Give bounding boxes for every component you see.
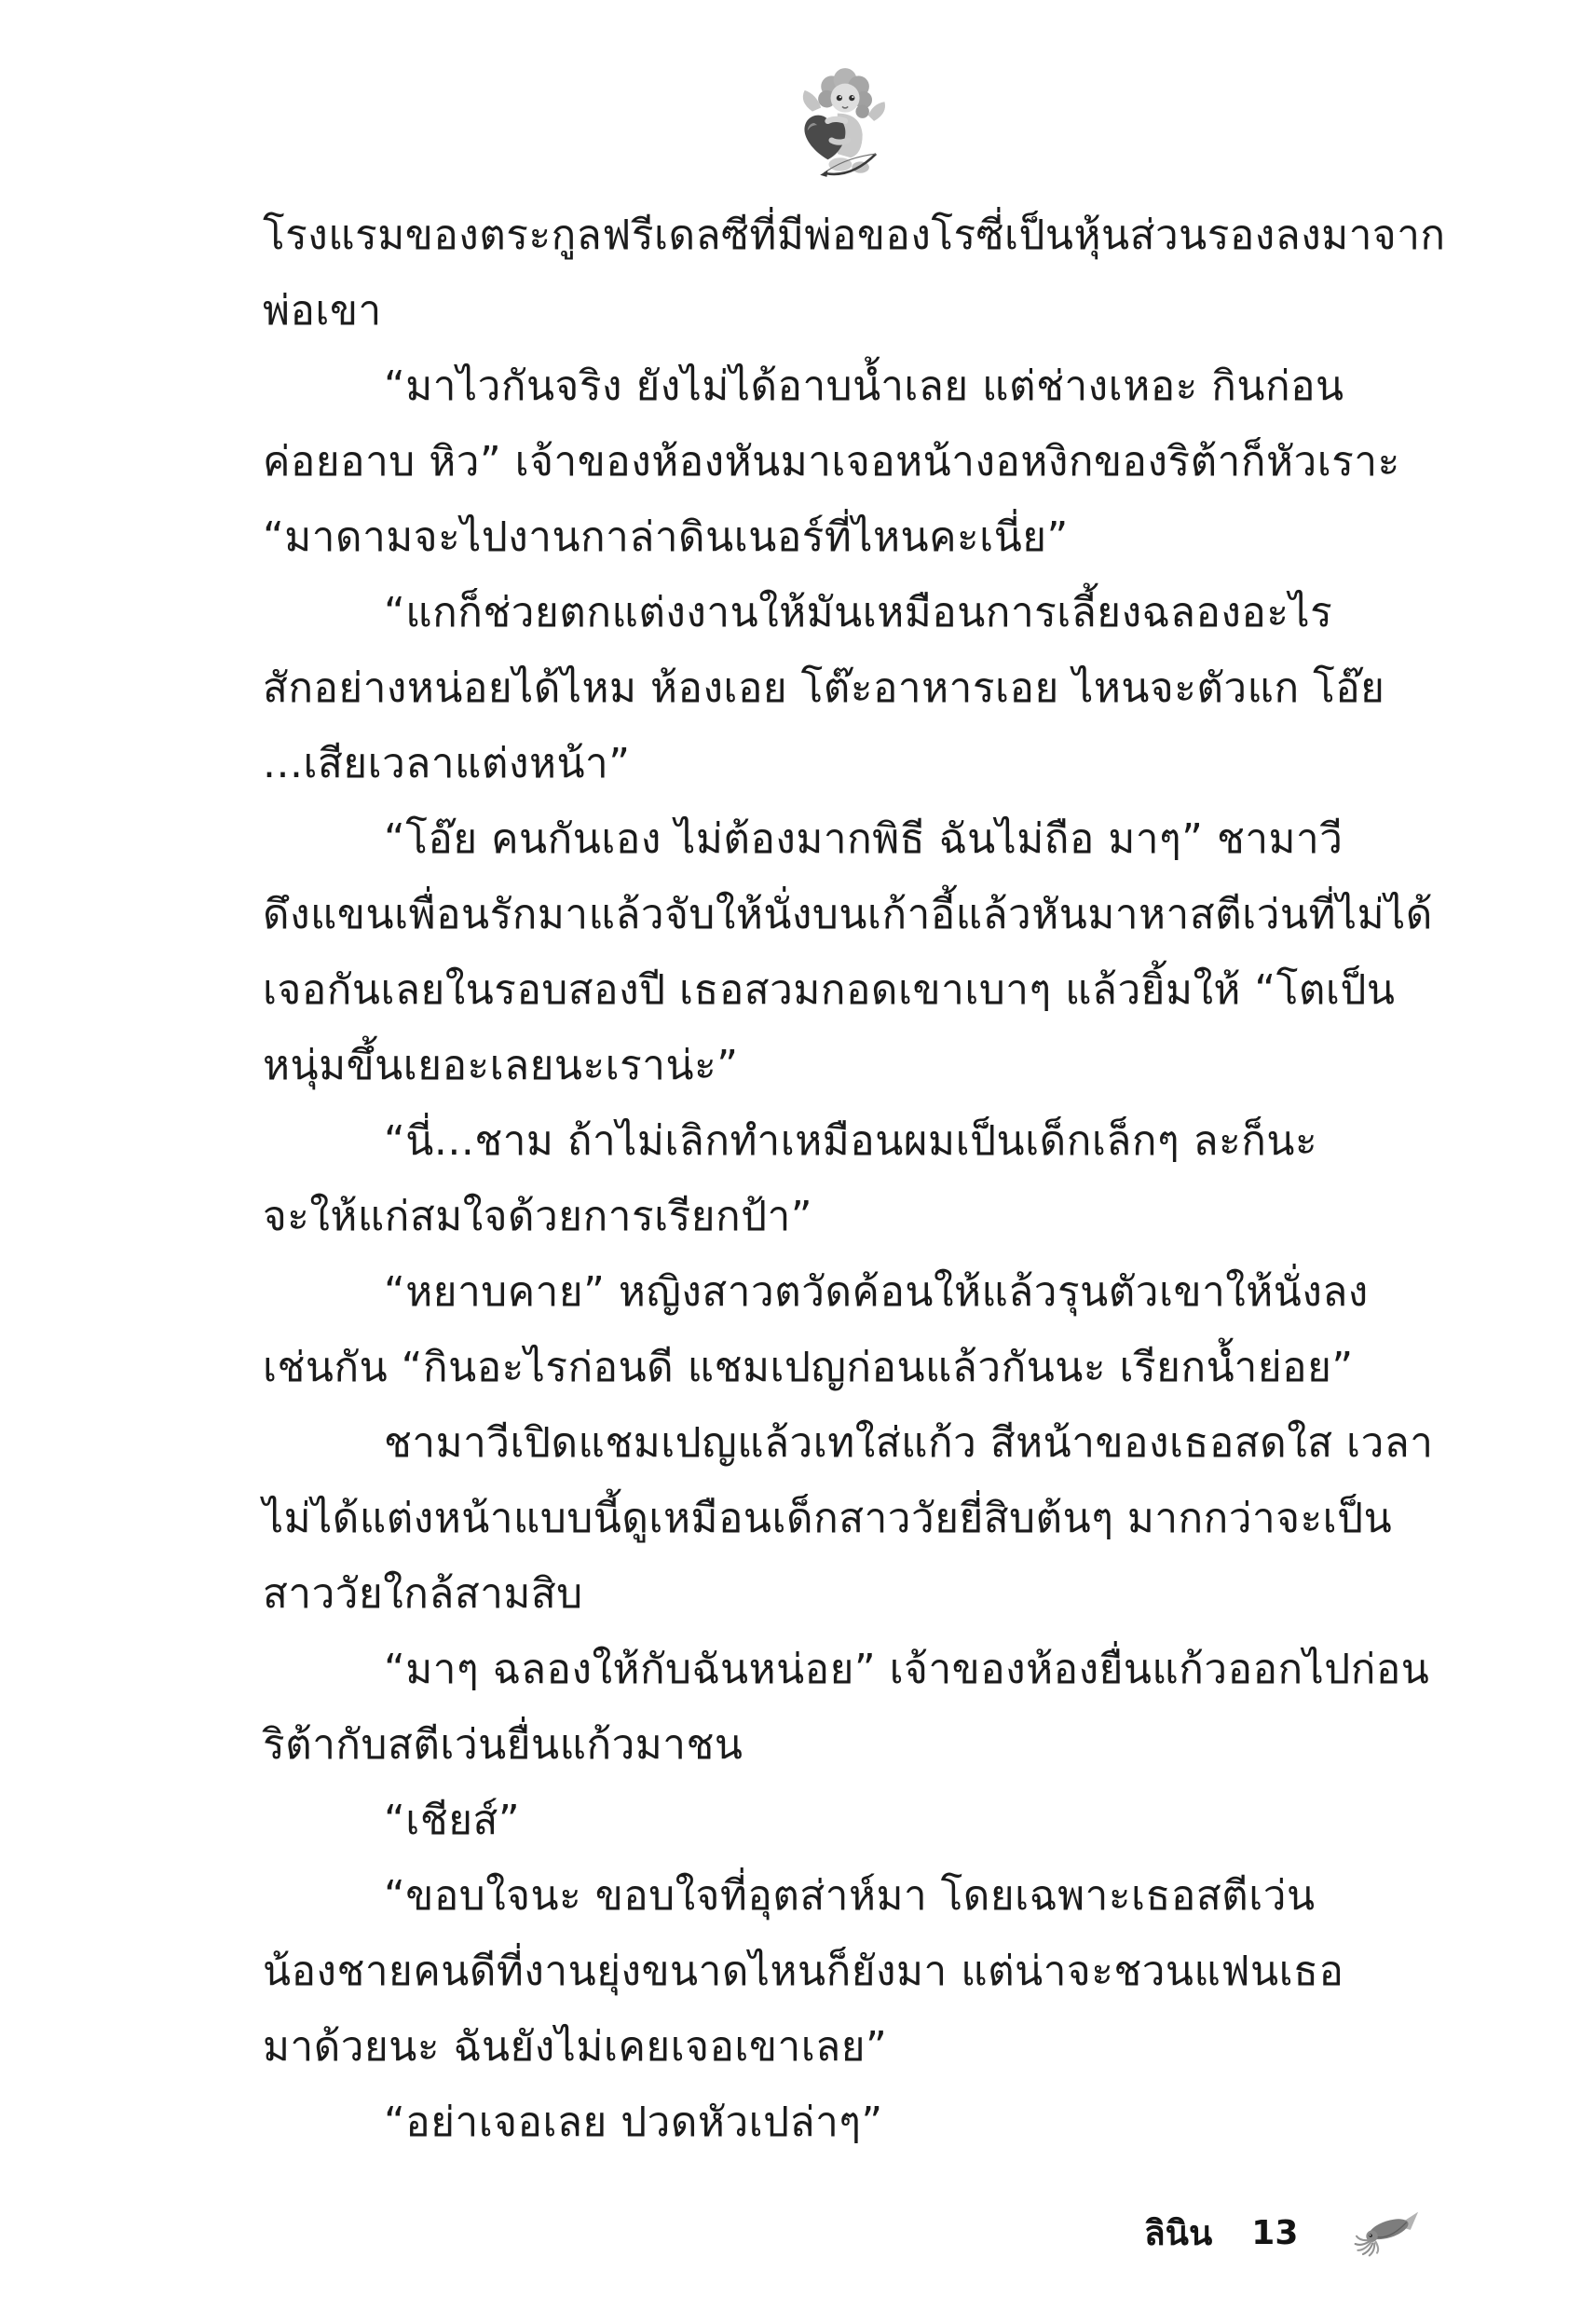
cupid-heart-ornament-icon <box>795 65 892 181</box>
text-line: ...เสียเวลาแต่งหน้า” <box>263 726 1433 801</box>
squid-icon <box>1346 2198 1424 2269</box>
text-line: น้องชายคนดีที่งานยุ่งขนาดไหนก็ยังมา แต่น… <box>263 1934 1433 2009</box>
book-title: ลินิน <box>1144 2192 1212 2276</box>
text-line: ไม่ได้แต่งหน้าแบบนี้ดูเหมือนเด็กสาววัยยี… <box>263 1481 1433 1556</box>
book-page: โรงแรมของตระกูลฟรีเดลซีที่มีพ่อของโรซี่เ… <box>0 0 1596 2311</box>
text-line: เช่นกัน “กินอะไรก่อนดี แชมเปญก่อนแล้วกัน… <box>263 1330 1433 1405</box>
text-line: โรงแรมของตระกูลฟรีเดลซีที่มีพ่อของโรซี่เ… <box>263 198 1433 273</box>
text-line: สักอย่างหน่อยได้ไหม ห้องเอย โต๊ะอาหารเอย… <box>263 650 1433 726</box>
text-line: “โอ๊ย คนกันเอง ไม่ต้องมากพิธี ฉันไม่ถือ … <box>263 801 1433 877</box>
text-line: ดึงแขนเพื่อนรักมาแล้วจับให้นั่งบนเก้าอี้… <box>263 877 1433 952</box>
text-line: “นี่...ชาม ถ้าไม่เลิกทำเหมือนผมเป็นเด็กเ… <box>263 1103 1433 1179</box>
text-line: “มาๆ ฉลองให้กับฉันหน่อย” เจ้าของห้องยื่น… <box>263 1632 1433 1707</box>
text-line: พ่อเขา <box>263 273 1433 349</box>
text-line: ค่อยอาบ หิว” เจ้าของห้องหันมาเจอหน้างอหง… <box>263 424 1433 499</box>
text-line: “หยาบคาย” หญิงสาวตวัดค้อนให้แล้วรุนตัวเข… <box>263 1254 1433 1330</box>
text-line: “มาดามจะไปงานกาล่าดินเนอร์ที่ไหนคะเนี่ย” <box>263 499 1433 575</box>
text-line: ริต้ากับสตีเว่นยื่นแก้วมาชน <box>263 1707 1433 1783</box>
text-line: หนุ่มขึ้นเยอะเลยนะเราน่ะ” <box>263 1028 1433 1103</box>
page-number: 13 <box>1251 2192 1298 2276</box>
text-line: “ขอบใจนะ ขอบใจที่อุตส่าห์มา โดยเฉพาะเธอส… <box>263 1858 1433 1934</box>
page-footer: ลินิน 13 <box>1144 2192 1424 2276</box>
text-line: จะให้แก่สมใจด้วยการเรียกป้า” <box>263 1179 1433 1254</box>
text-line: สาววัยใกล้สามสิบ <box>263 1556 1433 1632</box>
text-line: “มาไวกันจริง ยังไม่ได้อาบน้ำเลย แต่ช่างเ… <box>263 349 1433 424</box>
text-line: “เชียส์” <box>263 1783 1433 1858</box>
text-line: ชามาวีเปิดแชมเปญแล้วเทใส่แก้ว สีหน้าของเ… <box>263 1405 1433 1481</box>
text-line: “แกก็ช่วยตกแต่งงานให้มันเหมือนการเลี้ยงฉ… <box>263 575 1433 650</box>
text-line: มาด้วยนะ ฉันยังไม่เคยเจอเขาเลย” <box>263 2009 1433 2085</box>
body-text: โรงแรมของตระกูลฟรีเดลซีที่มีพ่อของโรซี่เ… <box>263 198 1433 2160</box>
text-line: “อย่าเจอเลย ปวดหัวเปล่าๆ” <box>263 2085 1433 2160</box>
text-line: เจอกันเลยในรอบสองปี เธอสวมกอดเขาเบาๆ แล้… <box>263 952 1433 1028</box>
